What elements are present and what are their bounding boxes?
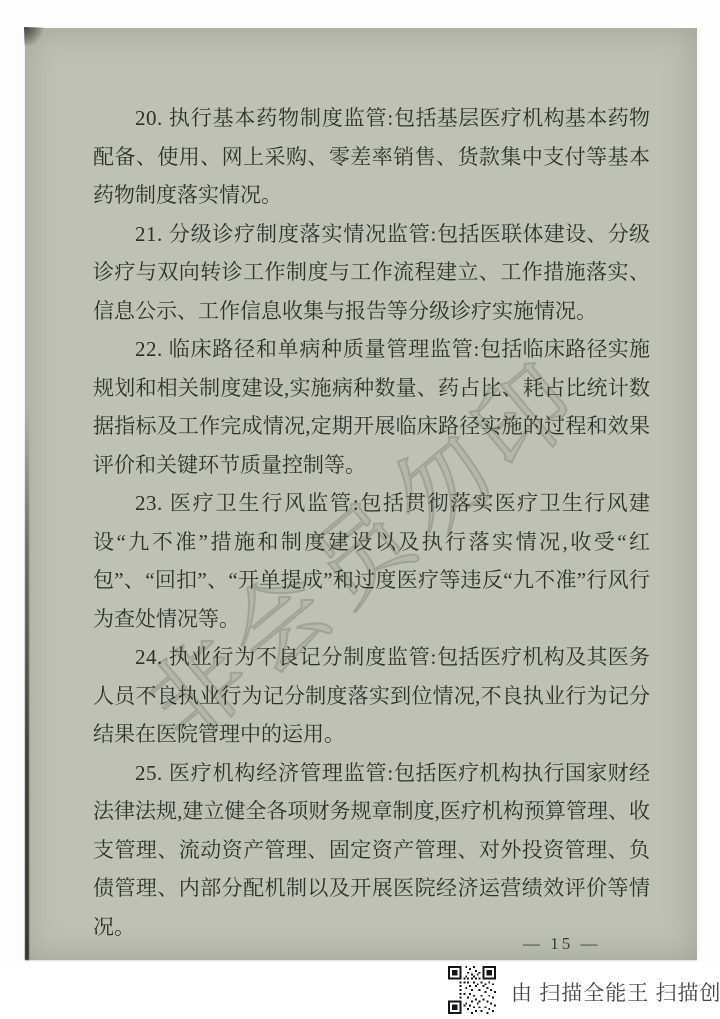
page-number: — 15 — xyxy=(523,934,601,954)
paragraph-20-heading: 20. 执行基本药物制度监管: xyxy=(135,106,394,130)
qr-code-icon xyxy=(448,966,496,1014)
paragraph-24: 24. 执业行为不良记分制度监管:包括医疗机构及其医务人员不良执业行为记分制度落… xyxy=(93,638,650,754)
scanner-credit-bar: 由 扫描全能王 扫描创建 xyxy=(0,962,720,1019)
paragraph-25-body: 包括医疗机构执行国家财经法律法规,建立健全各项财务规章制度,医疗机构预算管理、收… xyxy=(93,761,650,939)
paragraph-25: 25. 医疗机构经济管理监管:包括医疗机构执行国家财经法律法规,建立健全各项财务… xyxy=(93,754,650,947)
paragraph-23: 23. 医疗卫生行风监管:包括贯彻落实医疗卫生行风建设“九不准”措施和制度建设以… xyxy=(93,484,650,638)
page-left-edge-shadow xyxy=(25,408,29,960)
paragraph-25-heading: 25. 医疗机构经济管理监管: xyxy=(135,761,394,785)
document-text: 20. 执行基本药物制度监管:包括基层医疗机构基本药物配备、使用、网上采购、零差… xyxy=(93,99,650,946)
scanned-page: 非会员勿印 20. 执行基本药物制度监管:包括基层医疗机构基本药物配备、使用、网… xyxy=(25,28,697,960)
scanner-credit-text: 由 扫描全能王 扫描创建 xyxy=(511,977,720,1007)
paragraph-24-heading: 24. 执业行为不良记分制度监管: xyxy=(135,645,437,669)
page-corner-shadow xyxy=(24,27,46,46)
paragraph-23-heading: 23. 医疗卫生行风监管: xyxy=(135,491,359,515)
paragraph-22-heading: 22. 临床路径和单病种质量管理监管: xyxy=(135,337,480,361)
screenshot-canvas: 非会员勿印 20. 执行基本药物制度监管:包括基层医疗机构基本药物配备、使用、网… xyxy=(0,0,720,1019)
paragraph-20: 20. 执行基本药物制度监管:包括基层医疗机构基本药物配备、使用、网上采购、零差… xyxy=(93,99,650,215)
paragraph-22: 22. 临床路径和单病种质量管理监管:包括临床路径实施规划和相关制度建设,实施病… xyxy=(93,330,650,484)
paragraph-21: 21. 分级诊疗制度落实情况监管:包括医联体建设、分级诊疗与双向转诊工作制度与工… xyxy=(93,215,650,331)
paragraph-21-heading: 21. 分级诊疗制度落实情况监管: xyxy=(135,222,437,246)
